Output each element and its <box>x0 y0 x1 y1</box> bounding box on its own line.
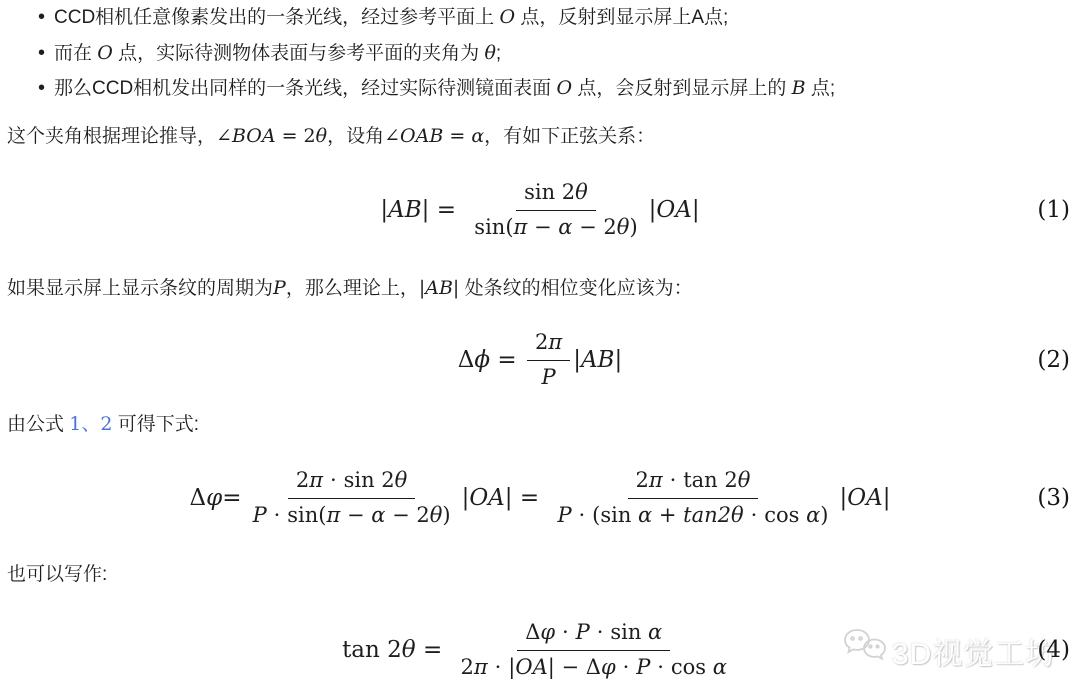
bullet-item-1-text: CCD相机任意像素发出的一条光线，经过参考平面上 O 点，反射到显示屏上A点; <box>54 5 728 31</box>
equation-3-lhs: Δφ= <box>190 485 242 511</box>
text-run: AB <box>581 347 615 373</box>
paragraph-angle-relation: 这个夹角根据理论推导，∠BOA = 2θ，设角∠OAB = α，有如下正弦关系： <box>7 124 655 150</box>
text-run: φ <box>206 485 222 511</box>
text-run: P <box>636 655 650 679</box>
bullet-item-2-text: 而在 O 点，实际待测物体表面与参考平面的夹角为 θ; <box>54 41 501 67</box>
text-run: = 2 <box>276 125 316 147</box>
text-run: OA <box>469 485 504 511</box>
document-page: • CCD相机任意像素发出的一条光线，经过参考平面上 O 点，反射到显示屏上A点… <box>0 0 1080 697</box>
text-run: π <box>474 655 488 679</box>
fraction-numerator: 2π ⋅ sin 2θ <box>288 467 415 498</box>
text-run: 如果显示屏上显示条纹的周期为 <box>7 278 273 299</box>
formula-ref-1[interactable]: 1 <box>69 413 81 435</box>
text-run: α <box>638 503 652 527</box>
text-run: φ <box>601 655 616 679</box>
text-run: α <box>713 655 727 679</box>
paragraph-from-formulas: 由公式 1、2 可得下式: <box>7 412 199 438</box>
text-run: θ <box>575 180 588 204</box>
text-run: Δ <box>458 347 475 373</box>
fraction-numerator: Δφ ⋅ P ⋅ sin α <box>517 619 670 650</box>
text-run: − 2 <box>385 503 429 527</box>
text-run: 2 <box>296 468 309 492</box>
text-run: 处条纹的相位变化应该为： <box>459 278 692 299</box>
text-run: ⋅ sin <box>590 620 648 644</box>
text-run: O <box>556 77 572 99</box>
text-run: ⋅ <box>616 655 637 679</box>
bullet-marker: • <box>38 76 45 102</box>
text-run: ，设角 <box>327 126 384 147</box>
text-run: θ <box>738 468 751 492</box>
bullet-item-3-text: 那么CCD相机发出同样的一条光线，经过实际待测镜面表面 O 点，会反射到显示屏上… <box>54 76 835 102</box>
text-run: π <box>548 330 562 354</box>
text-run: ⋅ | <box>488 655 516 679</box>
text-run: 这个夹角根据理论推导， <box>7 126 216 147</box>
text-run: | = <box>505 485 547 511</box>
fraction: sin 2θ sin(π − α − 2θ) <box>466 179 645 241</box>
fraction-numerator: 2π ⋅ tan 2θ <box>628 467 759 498</box>
equation-2-row: Δϕ = 2π P |AB| (2) <box>0 326 1080 394</box>
equation-2-number: (2) <box>1037 347 1070 373</box>
text-run: ⋅ cos <box>650 655 712 679</box>
watermark: 3D视觉工坊 <box>842 627 1056 674</box>
text-run: ϕ <box>474 347 490 373</box>
text-run: O <box>499 6 515 28</box>
equation-1-lhs: |AB| = <box>380 197 463 223</box>
text-run: 点，实际待测物体表面与参考平面的夹角为 <box>113 43 485 64</box>
text-run: + <box>652 503 683 527</box>
text-run: α <box>471 125 484 147</box>
text-run: ∠ <box>216 125 232 147</box>
fraction-denominator: P <box>534 361 564 391</box>
equation-4-lhs: tan 2θ = <box>342 637 449 663</box>
wechat-bubbles-icon <box>842 627 888 674</box>
text-run: ; <box>496 43 501 64</box>
text-run: Δ <box>190 485 207 511</box>
text-run: sin 2 <box>524 180 575 204</box>
formula-ref-separator: 、 <box>81 413 100 435</box>
text-run: α <box>648 620 662 644</box>
text-run: θ <box>402 637 416 663</box>
text-run: θ <box>484 42 495 64</box>
fraction: 2π ⋅ tan 2θ P ⋅ (sin α + tan2θ ⋅ cos α) <box>549 467 836 529</box>
text-run: ⋅ <box>555 620 576 644</box>
text-run: CCD相机任意像素发出的一条光线，经过参考平面上 <box>54 7 499 28</box>
text-run: P <box>542 365 556 389</box>
text-run: | <box>380 197 388 223</box>
text-run: O <box>97 42 113 64</box>
text-run: P <box>557 503 571 527</box>
text-run: OAB <box>400 125 443 147</box>
text-run: 2 <box>535 330 548 354</box>
fraction-denominator: P ⋅ (sin α + tan2θ ⋅ cos α) <box>549 499 836 529</box>
text-run: π <box>309 468 323 492</box>
text-run: | <box>883 485 891 511</box>
watermark-text: 3D视觉工坊 <box>892 629 1056 673</box>
text-run: π <box>649 468 663 492</box>
text-run: = <box>490 347 524 373</box>
text-run: ) <box>820 503 828 527</box>
text-run: φ <box>540 620 555 644</box>
text-run: ) <box>442 503 450 527</box>
fraction-numerator: sin 2θ <box>516 179 596 210</box>
text-run: 由公式 <box>7 414 69 435</box>
text-run: ∠ <box>384 125 400 147</box>
text-run: P <box>273 277 286 299</box>
text-run: 也可以写作: <box>7 564 107 585</box>
text-run: 点; <box>806 78 836 99</box>
text-run: 点，会反射到显示屏上的 <box>572 78 792 99</box>
text-run: 点，反射到显示屏上A点; <box>515 7 728 28</box>
equation-4: tan 2θ = Δφ ⋅ P ⋅ sin α 2π ⋅ |OA| − Δφ ⋅… <box>342 619 738 681</box>
text-run: B <box>792 77 806 99</box>
text-run: 2 <box>461 655 474 679</box>
text-run: θ <box>430 503 443 527</box>
text-run: | <box>692 197 700 223</box>
text-run: ，那么理论上， <box>286 278 419 299</box>
fraction-numerator: 2π <box>527 329 570 360</box>
text-run: | = <box>422 197 464 223</box>
equation-2-rhs: |AB| <box>573 347 622 373</box>
bullet-marker: • <box>38 41 45 67</box>
text-run: | <box>573 347 581 373</box>
text-run: − <box>527 215 558 239</box>
text-run: OA <box>847 485 882 511</box>
fraction-denominator: 2π ⋅ |OA| − Δφ ⋅ P ⋅ cos α <box>453 651 735 681</box>
text-run: ⋅ cos <box>744 503 806 527</box>
text-run: θ <box>316 125 327 147</box>
text-run: ⋅ sin( <box>267 503 327 527</box>
text-run: OA <box>515 655 547 679</box>
text-run: α <box>371 503 385 527</box>
equation-3-row: Δφ= 2π ⋅ sin 2θ P ⋅ sin(π − α − 2θ) |OA|… <box>0 452 1080 544</box>
text-run: θ <box>395 468 408 492</box>
text-run: Δ <box>525 620 540 644</box>
text-run: ) <box>629 215 637 239</box>
text-run: = <box>416 637 450 663</box>
text-run: tan 2 <box>342 637 402 663</box>
text-run: 2 <box>636 468 649 492</box>
text-run: sin( <box>474 215 513 239</box>
equation-1-row: |AB| = sin 2θ sin(π − α − 2θ) |OA| (1) <box>0 168 1080 252</box>
text-run: = <box>443 125 471 147</box>
text-run: α <box>806 503 820 527</box>
bullet-item-1: • CCD相机任意像素发出的一条光线，经过参考平面上 O 点，反射到显示屏上A点… <box>38 5 728 31</box>
equation-4-number: (4) <box>1037 637 1070 663</box>
fraction: 2π ⋅ sin 2θ P ⋅ sin(π − α − 2θ) <box>245 467 459 529</box>
paragraph-fringe-period: 如果显示屏上显示条纹的周期为P，那么理论上，|AB| 处条纹的相位变化应该为： <box>7 276 693 302</box>
text-run: | <box>614 347 622 373</box>
equation-3-rhs: |OA| <box>839 485 890 511</box>
text-run: ，有如下正弦关系： <box>484 126 655 147</box>
equation-2-lhs: Δϕ = <box>458 347 524 373</box>
equation-3-number: (3) <box>1037 485 1070 511</box>
bullet-item-2: • 而在 O 点，实际待测物体表面与参考平面的夹角为 θ; <box>38 41 501 67</box>
text-run: − <box>340 503 371 527</box>
text-run: 而在 <box>54 43 97 64</box>
text-run: P <box>576 620 590 644</box>
text-run: α <box>558 215 572 239</box>
text-run: 那么CCD相机发出同样的一条光线，经过实际待测镜面表面 <box>54 78 556 99</box>
fraction-denominator: sin(π − α − 2θ) <box>466 211 645 241</box>
text-run: | − Δ <box>548 655 601 679</box>
text-run: AB <box>425 277 453 299</box>
text-run: P <box>253 503 267 527</box>
formula-ref-2[interactable]: 2 <box>100 413 112 435</box>
text-run: AB <box>388 197 422 223</box>
equation-1: |AB| = sin 2θ sin(π − α − 2θ) |OA| <box>380 179 699 241</box>
text-run: ⋅ (sin <box>572 503 638 527</box>
equation-1-number: (1) <box>1037 197 1070 223</box>
equation-3: Δφ= 2π ⋅ sin 2θ P ⋅ sin(π − α − 2θ) |OA|… <box>190 467 891 529</box>
bullet-marker: • <box>38 5 45 31</box>
text-run: tan2θ <box>683 503 744 527</box>
text-run: − 2 <box>572 215 616 239</box>
paragraph-also-written-as: 也可以写作: <box>7 562 107 588</box>
fraction-denominator: P ⋅ sin(π − α − 2θ) <box>245 499 459 529</box>
fraction: 2π P <box>527 329 570 391</box>
text-run: ⋅ sin 2 <box>323 468 395 492</box>
text-run: OA <box>656 197 691 223</box>
text-run: 可得下式: <box>112 414 199 435</box>
bullet-item-3: • 那么CCD相机发出同样的一条光线，经过实际待测镜面表面 O 点，会反射到显示… <box>38 76 835 102</box>
equation-3-middle: |OA| = <box>462 485 547 511</box>
text-run: BOA <box>232 125 276 147</box>
text-run: π <box>326 503 340 527</box>
text-run: = <box>222 485 241 511</box>
text-run: π <box>514 215 528 239</box>
text-run: ⋅ tan 2 <box>663 468 738 492</box>
equation-1-rhs: |OA| <box>649 197 700 223</box>
equation-2: Δϕ = 2π P |AB| <box>458 329 622 391</box>
text-run: θ <box>617 215 630 239</box>
fraction: Δφ ⋅ P ⋅ sin α 2π ⋅ |OA| − Δφ ⋅ P ⋅ cos … <box>453 619 735 681</box>
